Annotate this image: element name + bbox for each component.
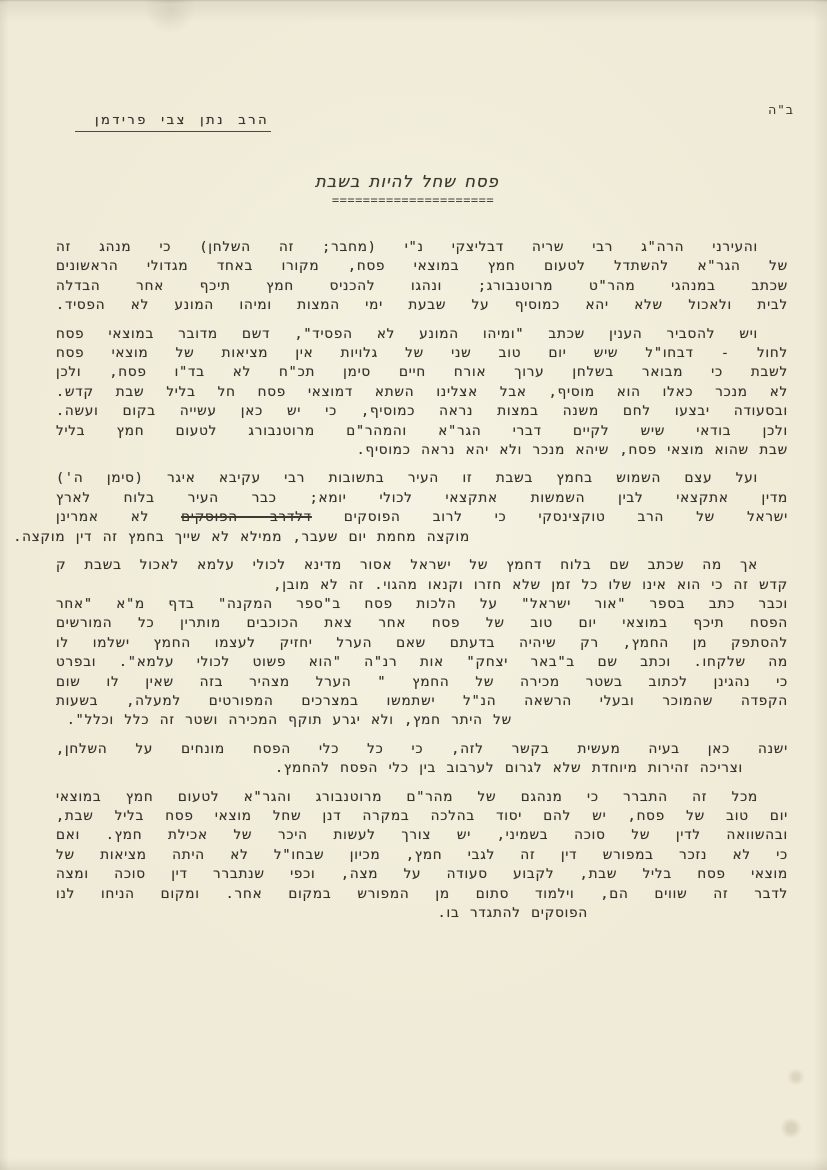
author-name: הרב נתן צבי פרידמן (75, 113, 271, 132)
text-line: קדש זה כי הוא אינו שלו כל זמן שלא חזרו ו… (56, 576, 788, 595)
text-line: מוקצה מחמת יום שעבר, ממילא לא שייך בחמץ … (56, 528, 788, 547)
text-line: מה שלקחו. וכתב שם ב"באר יצחק" אות רנ"ה "… (56, 653, 788, 672)
text-line: הקפדה שהמוכר ובעלי הרשאה הנ"ל ישתמשו במצ… (56, 692, 788, 711)
text-line: מוצאי פסח בליל שבת, לקבוע סעודה על מצה, … (56, 865, 788, 884)
text-line: ישנה כאן בעיה מעשית בקשר לזה, כי כל כלי … (56, 740, 788, 759)
text-line: וצריכה זהירות מיוחדת שלא לגרום לערבוב בי… (56, 759, 788, 778)
text-line: של היתר חמץ, ולא יגרע תוקף המכירה ושטר ז… (56, 711, 788, 730)
document-body: והעירני הרה"ג רבי שריה דבליצקי נ"י (מחבר… (56, 238, 788, 932)
text-line: ויש להסביר הענין שכתב "ומיהו המונע לא הפ… (56, 325, 788, 344)
text-line-with-strikeout: ישראל של הרב טוקצינסקי כי לרוב הפוסקים ד… (56, 508, 788, 527)
paragraph-3: ועל עצם השמוש בחמץ בשבת זו העיר בתשובות … (56, 469, 788, 547)
scanned-typewritten-page: ב"ה הרב נתן צבי פרידמן פסח שחל להיות בשב… (0, 0, 827, 1170)
document-title: פסח שחל להיות בשבת (327, 172, 499, 191)
paragraph-4: אך מה שכתב שם בלוח דחמץ של ישראל אסור מד… (56, 556, 788, 731)
text-line: כי לא נזכר במפורש דין זה לגבי חמץ, מכיון… (56, 846, 788, 865)
text-line: שבת שהוא מוצאי פסח, שיהא מנכר ולא יהא נר… (56, 441, 788, 460)
text-line: והעירני הרה"ג רבי שריה דבליצקי נ"י (מחבר… (56, 238, 788, 257)
text-line: ובהשוואה לדין של סוכה בשמיני, יש צורך לע… (56, 826, 788, 845)
text-line: שכתב במנהגי מהר"ט מרוטנבורג; ונהגו להכני… (56, 277, 788, 296)
paragraph-5: ישנה כאן בעיה מעשית בקשר לזה, כי כל כלי … (56, 740, 788, 779)
text-line: אך מה שכתב שם בלוח דחמץ של ישראל אסור מד… (56, 556, 788, 575)
text-line: להסתפק מן החמץ, רק שיהיה בדעתם שאם הערל … (56, 634, 788, 653)
text-line: לשבת כי מבואר בשלחן ערוך אורח חיים סימן … (56, 363, 788, 382)
paragraph-1: והעירני הרה"ג רבי שריה דבליצקי נ"י (מחבר… (56, 238, 788, 316)
text-line: של הגר"א להשתדל לטעום חמץ במוצאי פסח, מק… (56, 257, 788, 276)
text-line: מדין אתקצאי לבין השמשות אתקצאי לכולי יומ… (56, 489, 788, 508)
strike-pre-text: ישראל של הרב טוקצינסקי כי לרוב הפוסקים (312, 509, 788, 525)
title-underline: ===================== (327, 193, 499, 207)
text-line: וכבר כתב בספר "אור ישראל" על הלכות פסח ב… (56, 595, 788, 614)
paragraph-6: מכל זה התברר כי מנהגם של מהר"ם מרוטנבורג… (56, 788, 788, 924)
text-line: הפסח תיכף במוצאי יום טוב של פסח אחר צאת … (56, 614, 788, 633)
text-line: מכל זה התברר כי מנהגם של מהר"ם מרוטנבורג… (56, 788, 788, 807)
text-line: ובסעודה יבצעו לחם משנה במצות נראה כמוסיף… (56, 402, 788, 421)
bsd-heading: ב"ה (768, 102, 794, 117)
document-title-block: פסח שחל להיות בשבת ===================== (327, 172, 499, 207)
struck-out-text: דלדרב הפוסקים (181, 509, 312, 525)
text-line: ולכן בודאי שיש לקיים דברי הגר"א והמהר"ם … (56, 422, 788, 441)
strike-post-text: לא אמרינן (56, 509, 181, 525)
text-line: לחול - דבחו"ל שיש יום טוב שני של גלויות … (56, 344, 788, 363)
text-line: הפוסקים להתגדר בו. (56, 904, 788, 923)
text-line: יום טוב של פסח, יש להם יסוד בהלכה במקרה … (56, 807, 788, 826)
text-line: ועל עצם השמוש בחמץ בשבת זו העיר בתשובות … (56, 469, 788, 488)
text-line: לבית ולאכול שלא יהא כמוסיף על שבעת ימי ה… (56, 296, 788, 315)
text-line: כי נהגינן לכתוב בשטר מכירה של החמץ " הער… (56, 673, 788, 692)
text-line: לא מנכר כאלו הוא מוסיף, אבל אצלינו השתא … (56, 383, 788, 402)
paragraph-2: ויש להסביר הענין שכתב "ומיהו המונע לא הפ… (56, 325, 788, 461)
text-line: לדבר זה שווים הם, וילמוד סתום מן המפורש … (56, 885, 788, 904)
